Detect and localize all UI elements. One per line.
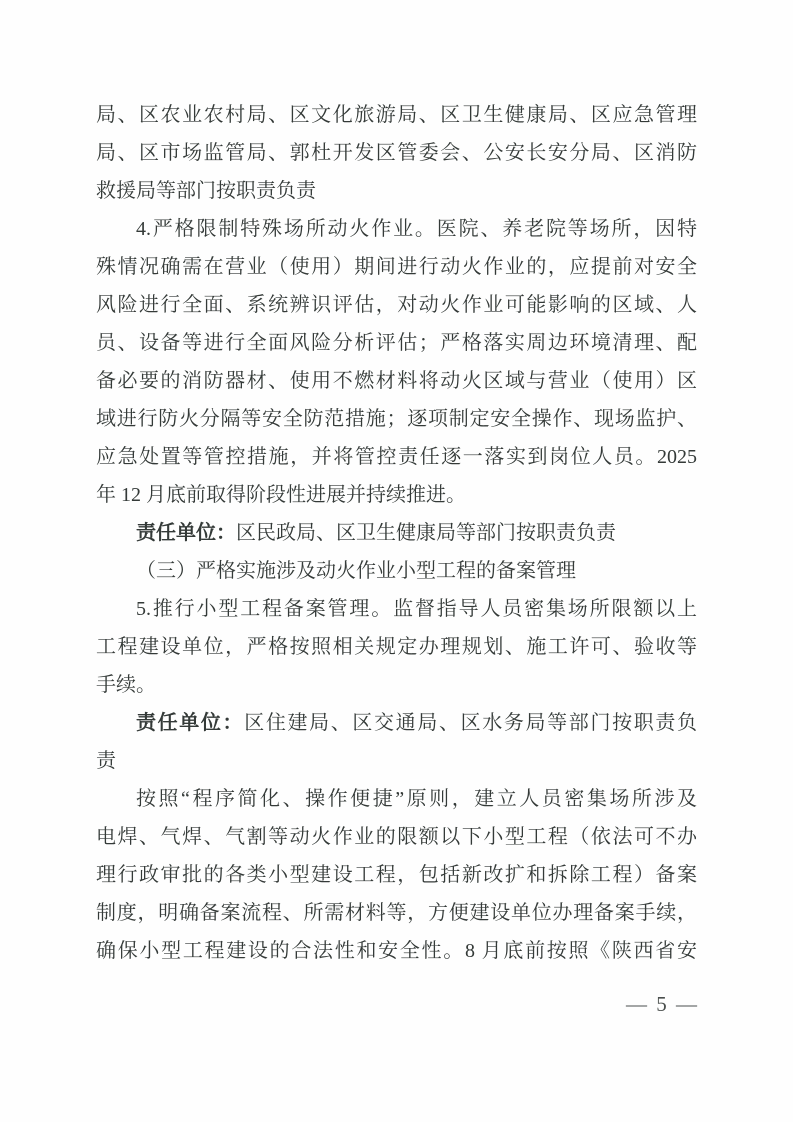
text-segment: 备必要的消防器材、使用不燃材料将动火区域与营业（使用）区 bbox=[96, 370, 697, 392]
text-segment: 区住建局、区交通局、区水务局等部门按职责负 bbox=[244, 712, 697, 734]
text-line: 电焊、气焊、气割等动火作业的限额以下小型工程（依法可不办 bbox=[96, 818, 697, 856]
text-line: 工程建设单位，严格按照相关规定办理规划、施工许可、验收等 bbox=[96, 628, 697, 666]
text-line: 4.严格限制特殊场所动火作业。医院、养老院等场所，因特 bbox=[96, 210, 697, 248]
text-segment: 制度，明确备案流程、所需材料等，方便建设单位办理备案手续， bbox=[96, 902, 697, 924]
text-segment: 5.推行小型工程备案管理。监督指导人员密集场所限额以上 bbox=[136, 598, 697, 620]
text-segment: 局、区农业农村局、区文化旅游局、区卫生健康局、区应急管理 bbox=[96, 104, 697, 126]
text-segment: 理行政审批的各类小型建设工程，包括新改扩和拆除工程）备案 bbox=[96, 864, 697, 886]
text-line: 备必要的消防器材、使用不燃材料将动火区域与营业（使用）区 bbox=[96, 362, 697, 400]
text-line: 域进行防火分隔等安全防范措施；逐项制定安全操作、现场监护、 bbox=[96, 400, 697, 438]
text-segment-bold: 责任单位： bbox=[136, 522, 236, 544]
text-segment: 风险进行全面、系统辨识评估，对动火作业可能影响的区域、人 bbox=[96, 294, 697, 316]
text-segment: （三）严格实施涉及动火作业小型工程的备案管理 bbox=[136, 560, 576, 582]
text-line: 按照“程序简化、操作便捷”原则，建立人员密集场所涉及 bbox=[96, 780, 697, 818]
text-line: 5.推行小型工程备案管理。监督指导人员密集场所限额以上 bbox=[96, 590, 697, 628]
text-segment: 确保小型工程建设的合法性和安全性。8 月底前按照《陕西省安 bbox=[96, 940, 697, 962]
text-segment: 年 12 月底前取得阶段性进展并持续推进。 bbox=[96, 484, 466, 506]
text-segment: 域进行防火分隔等安全防范措施；逐项制定安全操作、现场监护、 bbox=[96, 408, 697, 430]
text-line: 制度，明确备案流程、所需材料等，方便建设单位办理备案手续， bbox=[96, 894, 697, 932]
page-number: — 5 — bbox=[626, 992, 699, 1016]
text-segment: 员、设备等进行全面风险分析评估；严格落实周边环境清理、配 bbox=[96, 332, 697, 354]
text-line: （三）严格实施涉及动火作业小型工程的备案管理 bbox=[96, 552, 697, 590]
text-line: 理行政审批的各类小型建设工程，包括新改扩和拆除工程）备案 bbox=[96, 856, 697, 894]
text-segment: 殊情况确需在营业（使用）期间进行动火作业的，应提前对安全 bbox=[96, 256, 697, 278]
text-line: 责任单位：区住建局、区交通局、区水务局等部门按职责负 bbox=[96, 704, 697, 742]
text-segment: 救援局等部门按职责负责 bbox=[96, 180, 316, 202]
text-line: 局、区农业农村局、区文化旅游局、区卫生健康局、区应急管理 bbox=[96, 96, 697, 134]
document-page: 局、区农业农村局、区文化旅游局、区卫生健康局、区应急管理局、区市场监管局、郭杜开… bbox=[0, 0, 793, 1122]
text-segment: 手续。 bbox=[96, 674, 156, 696]
text-segment: 按照“程序简化、操作便捷”原则，建立人员密集场所涉及 bbox=[136, 788, 697, 810]
text-segment: 应急处置等管控措施，并将管控责任逐一落实到岗位人员。2025 bbox=[96, 446, 697, 468]
text-line: 手续。 bbox=[96, 666, 697, 704]
text-line: 局、区市场监管局、郭杜开发区管委会、公安长安分局、区消防 bbox=[96, 134, 697, 172]
text-segment: 局、区市场监管局、郭杜开发区管委会、公安长安分局、区消防 bbox=[96, 142, 697, 164]
text-line: 责 bbox=[96, 742, 697, 780]
text-segment: 责 bbox=[96, 750, 116, 772]
text-line: 年 12 月底前取得阶段性进展并持续推进。 bbox=[96, 476, 697, 514]
body-text: 局、区农业农村局、区文化旅游局、区卫生健康局、区应急管理局、区市场监管局、郭杜开… bbox=[96, 96, 697, 970]
text-segment: 4.严格限制特殊场所动火作业。医院、养老院等场所，因特 bbox=[136, 218, 697, 240]
text-segment-bold: 责任单位： bbox=[136, 712, 244, 734]
text-line: 员、设备等进行全面风险分析评估；严格落实周边环境清理、配 bbox=[96, 324, 697, 362]
text-line: 应急处置等管控措施，并将管控责任逐一落实到岗位人员。2025 bbox=[96, 438, 697, 476]
text-line: 救援局等部门按职责负责 bbox=[96, 172, 697, 210]
text-line: 责任单位：区民政局、区卫生健康局等部门按职责负责 bbox=[96, 514, 697, 552]
text-line: 殊情况确需在营业（使用）期间进行动火作业的，应提前对安全 bbox=[96, 248, 697, 286]
text-line: 确保小型工程建设的合法性和安全性。8 月底前按照《陕西省安 bbox=[96, 932, 697, 970]
text-segment: 电焊、气焊、气割等动火作业的限额以下小型工程（依法可不办 bbox=[96, 826, 697, 848]
text-line: 风险进行全面、系统辨识评估，对动火作业可能影响的区域、人 bbox=[96, 286, 697, 324]
text-segment: 区民政局、区卫生健康局等部门按职责负责 bbox=[236, 522, 616, 544]
text-segment: 工程建设单位，严格按照相关规定办理规划、施工许可、验收等 bbox=[96, 636, 697, 658]
